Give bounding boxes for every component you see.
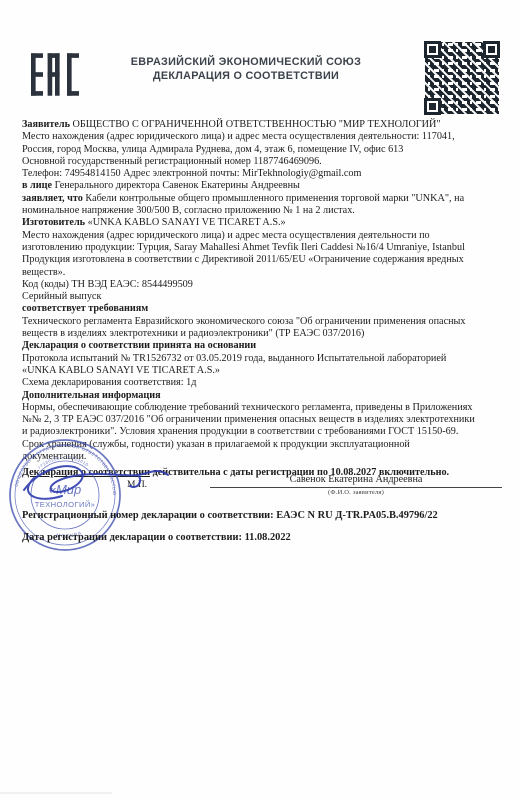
doc-line: Декларация о соответствии принята на осн…: [22, 340, 504, 352]
doc-line: Место нахождения (адрес юридического лиц…: [22, 131, 504, 143]
doc-line: заявляет, что Кабели контрольные общего …: [22, 193, 504, 205]
doc-line: №№ 2, 3 ТР ЕАЭС 037/2016 "Об ограничении…: [22, 414, 504, 426]
doc-line: соответствует требованиям: [22, 303, 504, 315]
qr-finder-icon: [424, 98, 441, 115]
doc-line: Основной государственный регистрационный…: [22, 156, 504, 168]
signatory-name: Савенок Екатерина Андреевна: [210, 474, 502, 485]
registration-number-line: Регистрационный номер декларации о соотв…: [22, 510, 438, 521]
qr-finder-icon: [424, 41, 441, 58]
doc-header: ЕВРАЗИЙСКИЙ ЭКОНОМИЧЕСКИЙ СОЮЗ ДЕКЛАРАЦИ…: [96, 55, 396, 83]
doc-line: Серийный выпуск: [22, 291, 504, 303]
doc-line: Нормы, обеспечивающие соблюдение требова…: [22, 402, 504, 414]
doc-body: Заявитель ОБЩЕСТВО С ОГРАНИЧЕННОЙ ОТВЕТС…: [22, 119, 504, 480]
signatory-block: Савенок Екатерина Андреевна (Ф.И.О. заяв…: [210, 474, 502, 496]
signature-stroke-icon: [10, 452, 190, 512]
doc-line: Схема декларирования соответствия: 1д: [22, 377, 504, 389]
doc-line: веществ».: [22, 267, 504, 279]
declaration-document: ЕВРАЗИЙСКИЙ ЭКОНОМИЧЕСКИЙ СОЮЗ ДЕКЛАРАЦИ…: [0, 0, 520, 800]
doc-title: ДЕКЛАРАЦИЯ О СООТВЕТСТВИИ: [96, 69, 396, 83]
union-name: ЕВРАЗИЙСКИЙ ЭКОНОМИЧЕСКИЙ СОЮЗ: [96, 55, 396, 69]
doc-line: Технического регламента Евразийского эко…: [22, 316, 504, 328]
signatory-caption: (Ф.И.О. заявителя): [210, 489, 502, 496]
doc-line: номинальное напряжение 300/500 В, соглас…: [22, 205, 504, 217]
doc-line: «UNKA KABLO SANAYI VE TICARET A.S.»: [22, 365, 504, 377]
signature-line: [210, 487, 502, 488]
doc-line: Россия, город Москва, улица Адмирала Руд…: [22, 144, 504, 156]
doc-line: Дополнительная информация: [22, 390, 504, 402]
doc-line: Телефон: 74954814150 Адрес электронной п…: [22, 168, 504, 180]
doc-line: Место нахождения (адрес юридического лиц…: [22, 230, 504, 242]
doc-line: Код (коды) ТН ВЭД ЕАЭС: 8544499509: [22, 279, 504, 291]
applicant-line: Заявитель ОБЩЕСТВО С ОГРАНИЧЕННОЙ ОТВЕТС…: [22, 119, 504, 131]
doc-line: изготовлению продукции: Турция, Saray Ma…: [22, 242, 504, 254]
doc-line: Протокола испытаний № TR1526732 от 03.05…: [22, 353, 504, 365]
qr-code-icon: [424, 41, 500, 115]
manufacturer-line: Изготовитель «UNKA KABLO SANAYI VE TICAR…: [22, 217, 504, 229]
doc-line: Продукция изготовлена в соответствии с Д…: [22, 254, 504, 266]
doc-line: веществ в изделиях электротехники и ради…: [22, 328, 504, 340]
doc-line: в лице Генерального директора Савенок Ек…: [22, 180, 504, 192]
qr-finder-icon: [483, 41, 500, 58]
eac-logo-icon: [31, 52, 79, 97]
registration-date-line: Дата регистрации декларации о соответств…: [22, 532, 291, 543]
scan-artifact: [0, 792, 112, 794]
